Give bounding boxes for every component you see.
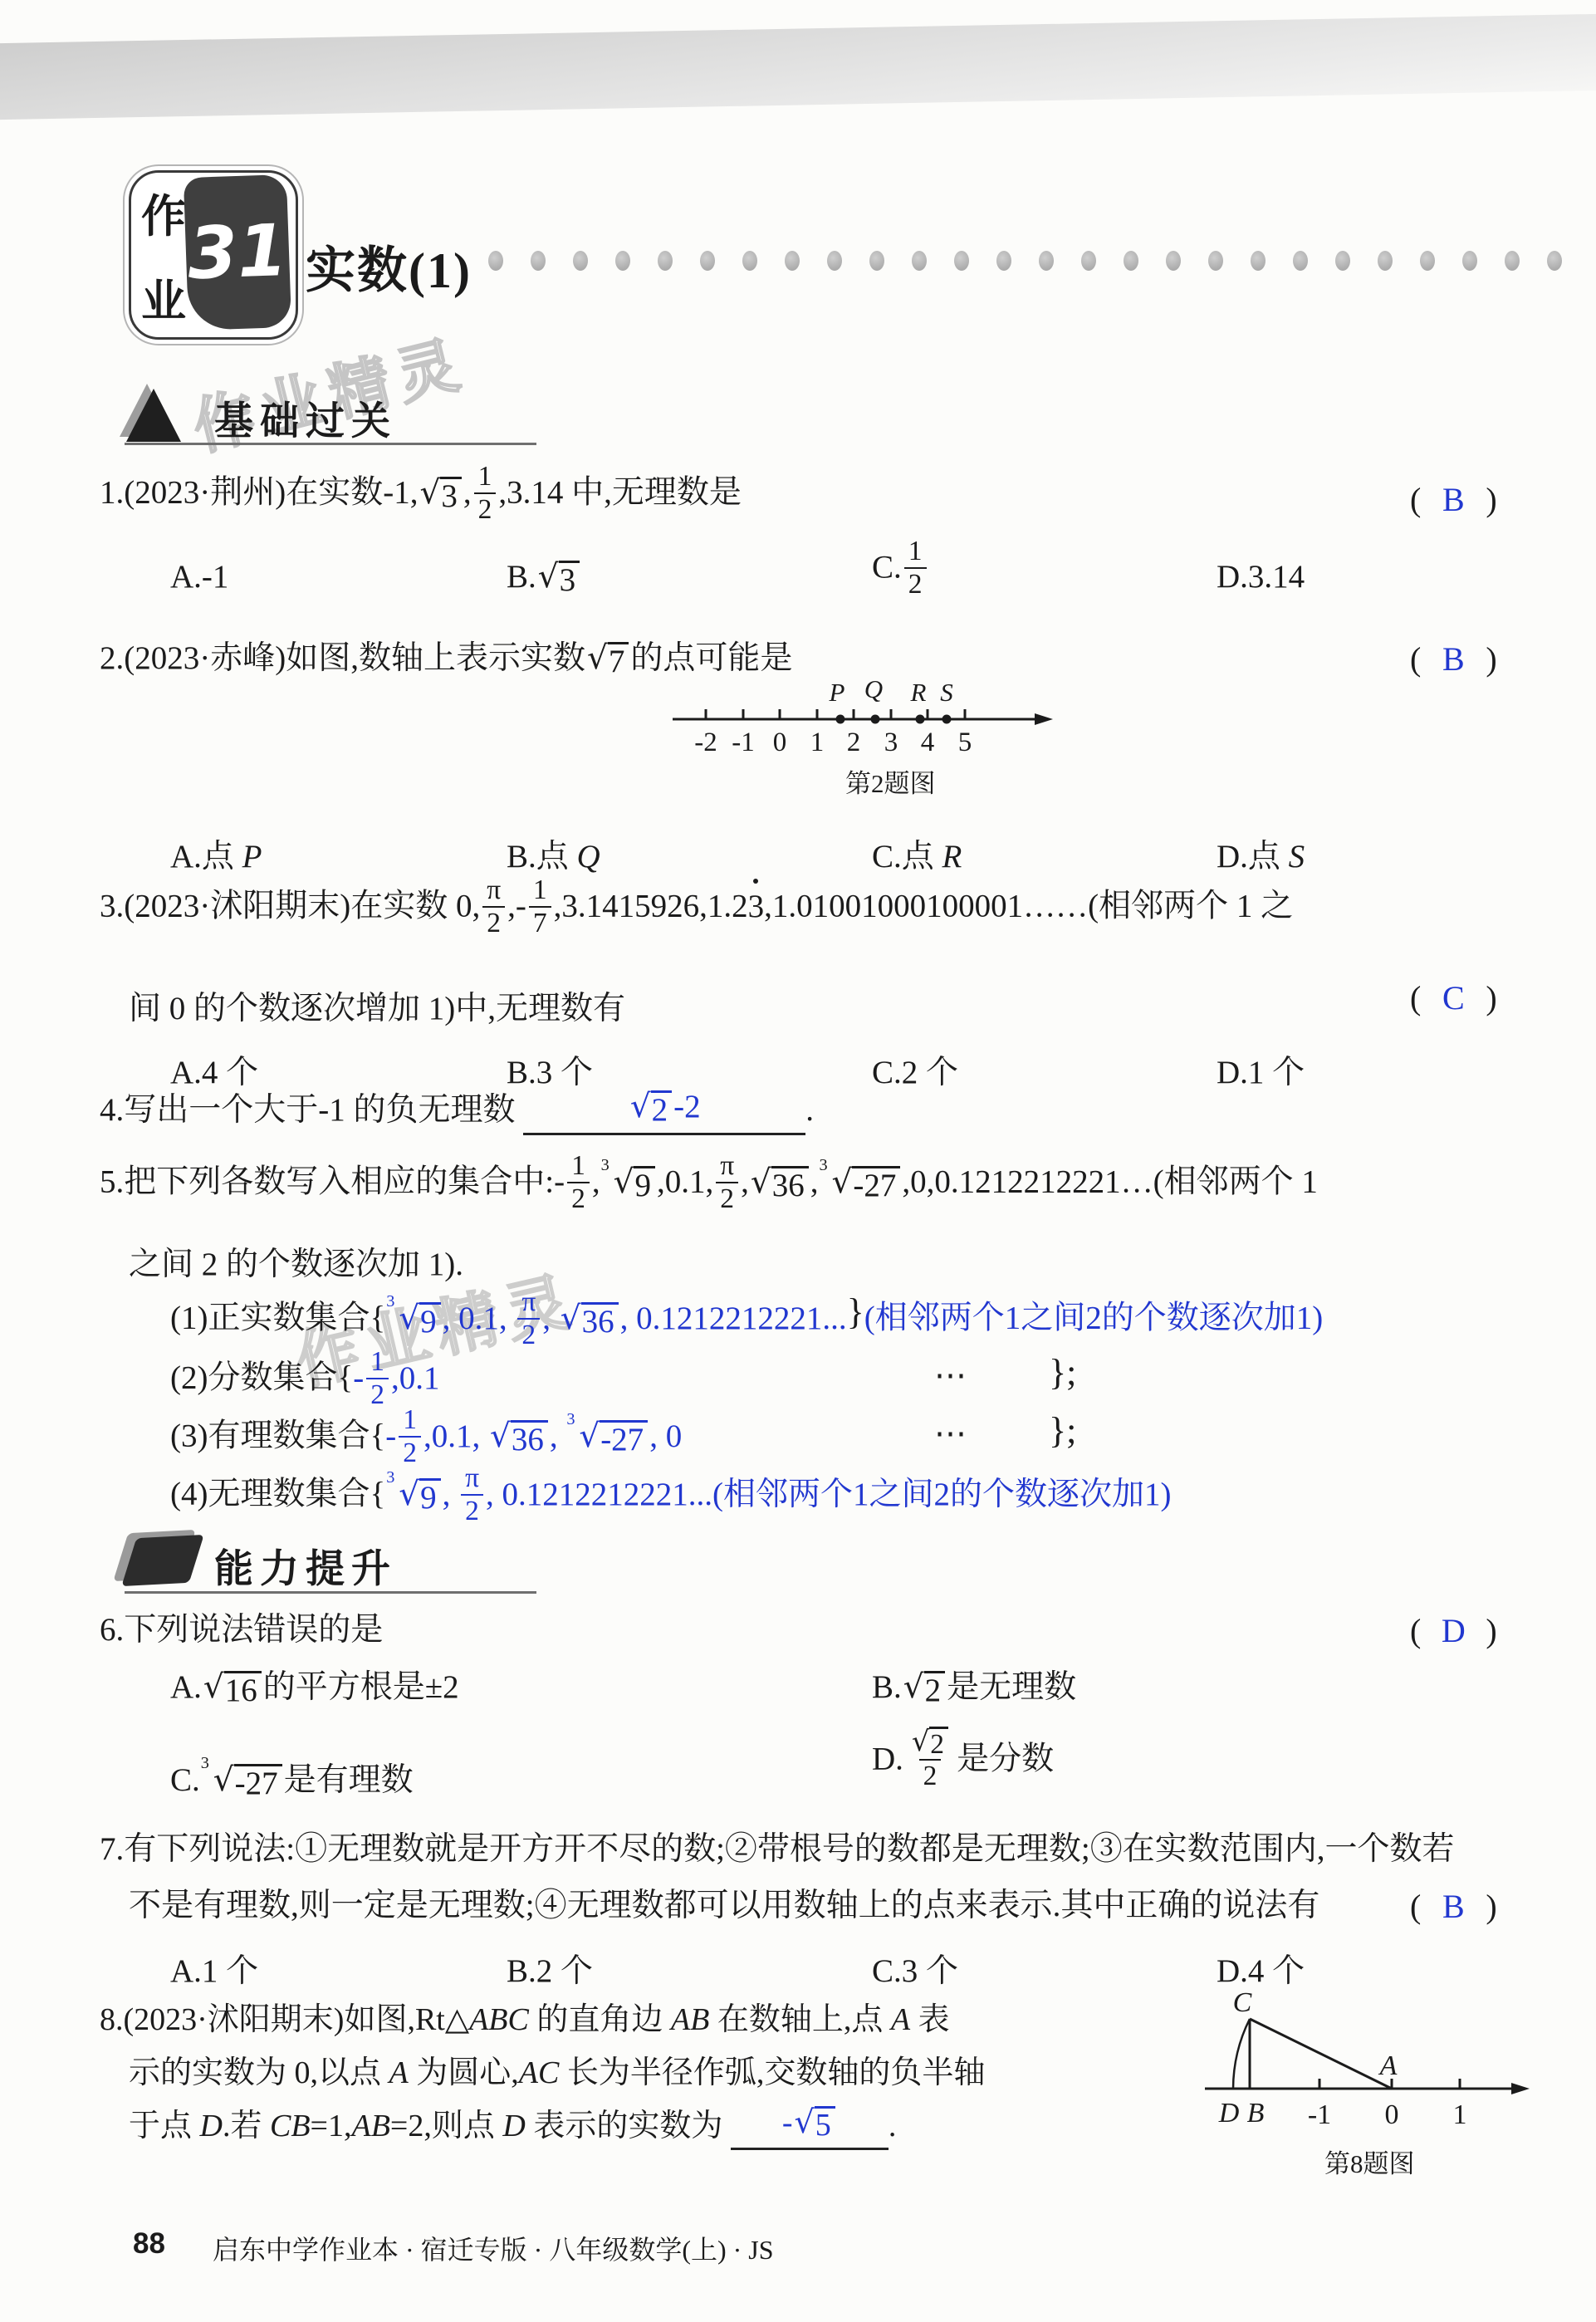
svg-text:2: 2: [847, 727, 861, 757]
q1-option-c: C.12: [872, 538, 929, 602]
number-line-figure: -2-1 01 23 45 PQ RS: [664, 679, 1063, 769]
workbook-page: 作 业 31 实数(1) 作业精灵 作业精灵 基础过关 1.(2023·荆州)在…: [0, 0, 1596, 2322]
q2-answer: (B): [1410, 639, 1497, 678]
q6-stem: 6.下列说法错误的是: [100, 1609, 383, 1652]
q4-stem: 4.写出一个大于-1 的负无理数 √2-2 .: [100, 1090, 814, 1135]
q5-sub1: (1)正实数集合{3√9, 0.1, π2, √36, 0.1212212221…: [170, 1289, 1323, 1353]
paren-open: (: [1410, 1612, 1421, 1649]
right-triangle: [1250, 2019, 1392, 2089]
svg-text:D: D: [1218, 2098, 1240, 2128]
axis-tick-labels: -2-1 01 23 45: [694, 727, 972, 757]
q7-option-a: A.1 个: [170, 1945, 258, 1991]
q1-answer: (B): [1410, 480, 1497, 519]
q5-stem-line2: 之间 2 的个数逐次加 1).: [129, 1244, 463, 1286]
svg-text:4: 4: [921, 727, 935, 757]
paren-close: ): [1486, 979, 1496, 1016]
svg-text:Q: Q: [864, 679, 883, 703]
answer-letter: C: [1439, 978, 1467, 1017]
fig8-caption: 第8题图: [1324, 2143, 1415, 2180]
svg-text:-1: -1: [1308, 2099, 1331, 2130]
q4-answer-blank: √2-2: [523, 1093, 805, 1135]
q7-stem-line2: 不是有理数,则一定是无理数;④无理数都可以用数轴上的点来表示.其中正确的说法有: [129, 1885, 1319, 1928]
answer-letter: D: [1439, 1611, 1467, 1650]
axis-ticks: [706, 709, 965, 719]
paren-close: ): [1486, 481, 1496, 518]
q5-sub1-brace: }: [847, 1291, 864, 1332]
q6-answer: (D): [1410, 1611, 1497, 1650]
answer-letter: B: [1439, 1887, 1467, 1926]
answer-letter: B: [1439, 480, 1467, 519]
q1-option-a: A.-1: [170, 558, 228, 595]
section-advanced-title: 能力提升: [214, 1538, 397, 1594]
q5-sub2-cdots: ⋯: [934, 1355, 967, 1398]
q4-answer: √2-2: [629, 1090, 701, 1128]
q5-sub3-cdots: ⋯: [934, 1413, 967, 1456]
svg-text:0: 0: [1385, 2099, 1399, 2130]
axis-arrow: [1511, 2083, 1530, 2094]
badge-char-top: 作: [141, 181, 186, 245]
homework-badge: 作 业 31: [129, 170, 298, 340]
q7-option-b: B.2 个: [507, 1945, 593, 1991]
page-title: 实数(1): [306, 231, 472, 302]
q3-stem-line1: 3.(2023·沭阳期末)在实数 0,π2,-17,3.1415926,1.23…: [100, 877, 1293, 941]
q2-option-a: A.点 P: [170, 830, 262, 877]
q5-sub2: (2)分数集合{-12,0.1 ⋯ };: [170, 1349, 439, 1413]
svg-text:5: 5: [958, 727, 972, 757]
paren-close: ): [1486, 640, 1496, 678]
q6-option-c: C.3√-27是有理数: [170, 1754, 414, 1801]
q1-option-d: D.3.14: [1217, 558, 1305, 595]
q4-period: .: [805, 1092, 814, 1128]
q8-answer-blank: -√5: [731, 2109, 889, 2150]
paren-open: (: [1410, 979, 1421, 1016]
q5-sub1-answer-b: (相邻两个1之间2的个数逐次加1): [864, 1301, 1323, 1336]
paren-close: ): [1486, 1888, 1496, 1925]
q8-answer: -√5: [782, 2106, 837, 2143]
q3-option-d: D.1 个: [1217, 1046, 1305, 1093]
q3-stem-line2: 间 0 的个数逐次增加 1)中,无理数有: [129, 988, 625, 1031]
q5-sub4-label: (4)无理数集合{: [170, 1477, 385, 1512]
q7-option-c: C.3 个: [872, 1945, 958, 1991]
q4-stem-text: 4.写出一个大于-1 的负无理数: [100, 1092, 516, 1128]
q2-option-d: D.点 S: [1217, 830, 1305, 877]
q3-option-a: A.4 个: [170, 1046, 258, 1093]
q7-stem-line1: 7.有下列说法:①无理数就是开方开不尽的数;②带根号的数都是无理数;③在实数范围…: [100, 1829, 1455, 1871]
svg-text:-2: -2: [694, 727, 717, 757]
q8-stem-line3-text: 于点 D.若 CB=1,AB=2,则点 D 表示的实数为: [129, 2109, 722, 2143]
paren-open: (: [1410, 1888, 1421, 1925]
answer-letter: B: [1439, 639, 1467, 678]
q5-sub2-answer: -12,0.1: [353, 1360, 439, 1396]
q8-stem-line2: 示的实数为 0,以点 A 为圆心,AC 长为半径作弧,交数轴的负半轴: [129, 2053, 985, 2094]
q5-sub4-answer: 3√9, π2, 0.1212212221...(相邻两个1之间2的个数逐次加1…: [385, 1477, 1171, 1512]
q5-sub3: (3)有理数集合{-12,0.1, √36, 3√-27, 0 ⋯ };: [170, 1407, 682, 1471]
page-number: 88: [133, 2227, 165, 2261]
q6-option-a: A.√16的平方根是±2: [170, 1661, 459, 1708]
svg-text:1: 1: [1453, 2099, 1467, 2130]
q1-option-b: B.√3: [507, 558, 581, 598]
svg-text:1: 1: [810, 727, 825, 757]
triangle-icon: [126, 389, 181, 442]
q5-sub3-answer: -12,0.1, √36, 3√-27, 0: [385, 1418, 682, 1454]
q2-option-c: C.点 R: [872, 830, 962, 877]
q2-stem: 2.(2023·赤峰)如图,数轴上表示实数√7的点可能是: [100, 638, 792, 680]
q3-option-c: C.2 个: [872, 1046, 958, 1093]
section-basic-title: 基础过关: [214, 390, 397, 446]
point-labels: PQ RS: [829, 679, 953, 707]
q3-answer: (C): [1410, 978, 1497, 1017]
svg-text:3: 3: [884, 727, 898, 757]
svg-text:R: R: [910, 679, 927, 707]
svg-text:P: P: [829, 679, 845, 707]
svg-text:0: 0: [773, 727, 787, 757]
svg-text:A: A: [1378, 2050, 1398, 2081]
q6-option-b: B.√2是无理数: [872, 1661, 1076, 1708]
compass-arc: [1233, 2019, 1250, 2089]
q8-stem-line3: 于点 D.若 CB=1,AB=2,则点 D 表示的实数为 -√5 .: [129, 2106, 896, 2150]
fig2-caption: 第2题图: [845, 762, 936, 800]
axis-arrow: [1035, 713, 1053, 725]
triangle-arc-figure: C A D B -1 0 1: [1202, 1986, 1568, 2144]
q5-sub2-close: };: [1049, 1349, 1076, 1396]
svg-text:C: C: [1233, 1987, 1252, 2018]
q7-answer: (B): [1410, 1887, 1497, 1926]
svg-text:B: B: [1247, 2098, 1265, 2128]
q3-option-b: B.3 个: [507, 1046, 593, 1093]
svg-text:-1: -1: [732, 727, 755, 757]
q5-sub3-close: };: [1049, 1407, 1076, 1454]
q1-stem: 1.(2023·荆州)在实数-1,√3,12,3.14 中,无理数是: [100, 463, 742, 527]
q8-period: .: [889, 2109, 897, 2143]
svg-text:S: S: [940, 679, 953, 707]
q5-sub3-label: (3)有理数集合{: [170, 1418, 385, 1454]
q7-option-d: D.4 个: [1217, 1945, 1305, 1991]
paren-close: ): [1486, 1612, 1496, 1649]
q2-option-b: B.点 Q: [507, 830, 600, 877]
q5-sub4: (4)无理数集合{3√9, π2, 0.1212212221...(相邻两个1之…: [170, 1465, 1171, 1529]
badge-number: 31: [184, 174, 291, 331]
q8-stem-line1: 8.(2023·沭阳期末)如图,Rt△ABC 的直角边 AB 在数轴上,点 A …: [100, 2000, 950, 2040]
q5-stem-line1: 5.把下列各数写入相应的集合中:-12,3√9,0.1,π2,√36,3√-27…: [100, 1153, 1318, 1217]
q5-sub2-label: (2)分数集合{: [170, 1360, 353, 1396]
q5-sub1-answer-a: 3√9, 0.1, π2, √36, 0.1212212221...: [385, 1301, 846, 1336]
paren-open: (: [1410, 640, 1421, 678]
footer-text: 启东中学作业本 · 宿迁专版 · 八年级数学(上) · JS: [213, 2229, 774, 2267]
badge-char-bottom: 业: [141, 266, 186, 330]
axis-tick-labels: -1 0 1: [1308, 2099, 1467, 2130]
scan-artifact-band: [0, 13, 1596, 120]
dotted-line: [488, 251, 1562, 271]
paren-open: (: [1410, 481, 1421, 518]
q6-option-d: D.√22是分数: [872, 1729, 1054, 1795]
q5-sub1-label: (1)正实数集合{: [170, 1301, 385, 1336]
